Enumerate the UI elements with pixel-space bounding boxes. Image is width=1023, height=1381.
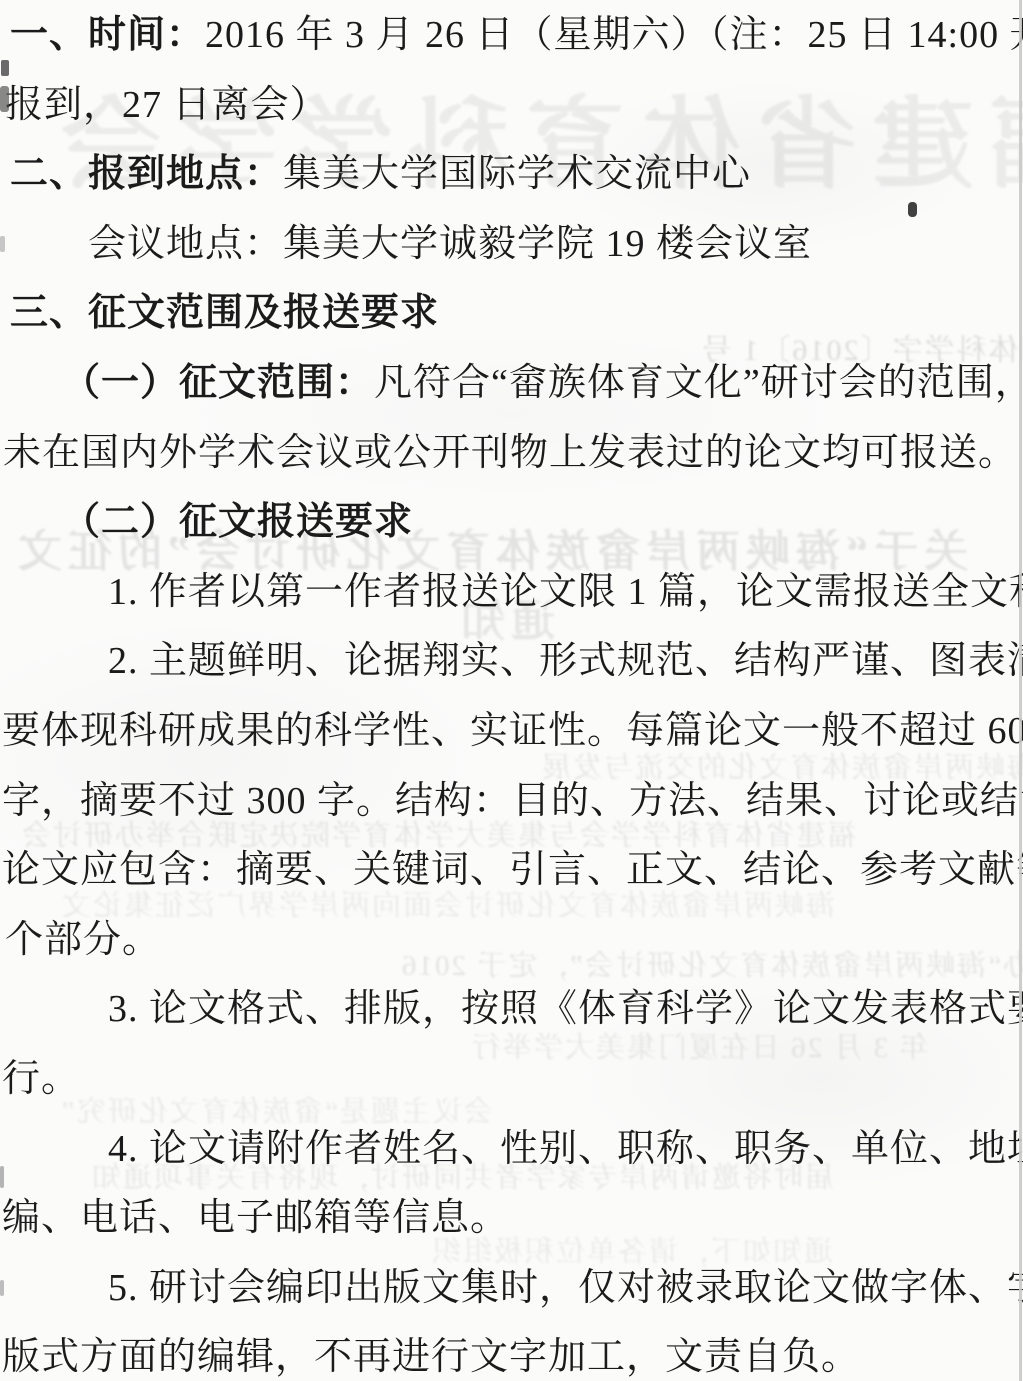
right-edge-line	[1019, 0, 1022, 1381]
edge-mark	[0, 1166, 4, 1188]
scan-artifacts	[0, 0, 1023, 1381]
edge-mark	[1, 60, 9, 76]
edge-mark	[0, 236, 5, 252]
stray-dot	[908, 202, 917, 217]
edge-mark	[0, 1280, 4, 1296]
edge-mark	[0, 86, 9, 112]
